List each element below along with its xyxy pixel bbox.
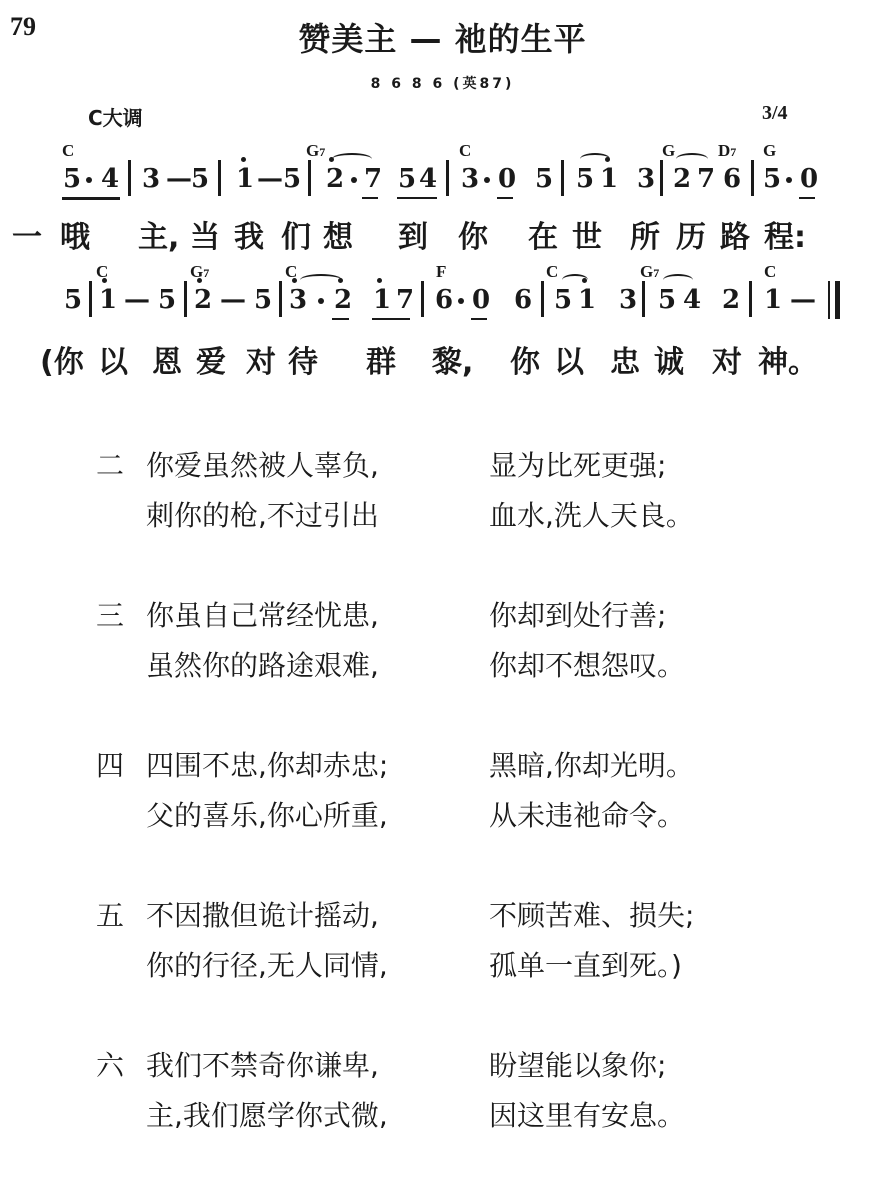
bar-line xyxy=(749,281,752,317)
verse-line: 盼望能以象你; xyxy=(489,1044,666,1084)
bar-line xyxy=(541,281,544,317)
verse-number: 五 xyxy=(96,894,124,934)
lyric-syllable: 以 xyxy=(98,337,128,381)
note-digit: 7 xyxy=(396,287,414,313)
chord-symbol: C xyxy=(62,141,74,161)
bar-line xyxy=(561,160,564,196)
note-digit: 5 xyxy=(658,287,676,313)
eighth-underline xyxy=(362,197,378,199)
verse-line: 四围不忠,你却赤忠; xyxy=(146,744,388,784)
tie-slur xyxy=(663,274,693,286)
verse-line: 你虽自己常经忧患, xyxy=(146,594,379,634)
note-digit: 1 xyxy=(373,287,391,313)
lyric-syllable: 主, xyxy=(138,212,179,256)
bar-line xyxy=(660,160,663,196)
verse-number: 六 xyxy=(96,1044,124,1084)
bar-line xyxy=(184,281,187,317)
verse-number: 二 xyxy=(96,444,124,484)
final-bar-thin xyxy=(828,281,830,319)
note-digit: 7 xyxy=(697,166,715,192)
note-digit: 5 xyxy=(535,166,553,192)
tie-slur xyxy=(580,153,610,165)
note-digit: 4 xyxy=(683,287,701,313)
note-digit: 1 xyxy=(578,287,596,313)
note-digit: 5 xyxy=(63,166,81,192)
augmentation-dot xyxy=(318,298,324,304)
note-digit: 2 xyxy=(722,287,740,313)
note-digit: 2 xyxy=(194,287,212,313)
bar-line xyxy=(89,281,92,317)
note-digit: 0 xyxy=(800,166,818,192)
note-digit: 3 xyxy=(461,166,479,192)
verse-line: 孤单一直到死。) xyxy=(489,944,682,984)
lyric-syllable: 们 xyxy=(281,212,311,256)
chord-symbol: G7 xyxy=(306,141,325,161)
note-digit: 3 xyxy=(142,166,160,192)
verse-line: 我们不禁奇你谦卑, xyxy=(146,1044,379,1084)
chord-symbol: D7 xyxy=(718,141,736,161)
verse-line: 你的行径,无人同情, xyxy=(146,944,388,984)
augmentation-dot xyxy=(458,298,464,304)
octave-high-dot xyxy=(377,278,382,283)
note-digit: 5 xyxy=(64,287,82,313)
chord-symbol: G7 xyxy=(640,262,659,282)
note-digit: 4 xyxy=(419,166,437,192)
chord-symbol: C xyxy=(764,262,776,282)
dash-sustain: — xyxy=(257,166,283,192)
note-digit: 6 xyxy=(514,287,532,313)
tie-slur xyxy=(300,274,342,286)
bar-line xyxy=(128,160,131,196)
bar-line xyxy=(421,281,424,317)
note-digit: 1 xyxy=(236,166,254,192)
note-digit: 2 xyxy=(673,166,691,192)
lyric-syllable: 爱 xyxy=(196,337,226,381)
verse-line: 不因撒但诡计摇动, xyxy=(146,894,379,934)
bar-line xyxy=(446,160,449,196)
dash-sustain: — xyxy=(124,287,150,313)
note-digit: 3 xyxy=(289,287,307,313)
note-digit: 6 xyxy=(723,166,741,192)
verse-line: 因这里有安息。 xyxy=(489,1094,685,1134)
eighth-underline xyxy=(62,197,120,200)
lyric-syllable: 程: xyxy=(764,212,806,256)
verse-line: 你却不想怨叹。 xyxy=(489,644,685,684)
time-signature: 3/4 xyxy=(762,102,788,125)
lyric-syllable: (你 xyxy=(40,337,84,381)
verse-number: 三 xyxy=(96,594,124,634)
lyric-syllable: 当 xyxy=(190,212,220,256)
eighth-underline xyxy=(372,318,410,320)
lyric-syllable: 你 xyxy=(510,337,540,381)
lyric-syllable: 以 xyxy=(554,337,584,381)
eighth-underline xyxy=(332,318,349,320)
tie-slur xyxy=(562,274,588,286)
bar-line xyxy=(642,281,645,317)
note-digit: 2 xyxy=(334,287,352,313)
lyric-syllable: 在 xyxy=(528,212,558,256)
octave-high-dot xyxy=(197,278,202,283)
note-digit: 5 xyxy=(398,166,416,192)
lyric-syllable: 对 xyxy=(246,337,276,381)
lyric-syllable: 对 xyxy=(712,337,742,381)
verse-line: 黑暗,你却光明。 xyxy=(489,744,694,784)
verse-line: 血水,洗人天良。 xyxy=(489,494,694,534)
augmentation-dot xyxy=(484,177,490,183)
lyric-syllable: 路 xyxy=(720,212,750,256)
eighth-underline xyxy=(471,318,487,320)
chord-symbol: G xyxy=(763,141,776,161)
verse-line: 刺你的枪,不过引出 xyxy=(146,494,379,534)
lyric-syllable: 待 xyxy=(288,337,318,381)
chord-symbol: G xyxy=(662,141,675,161)
note-digit: 3 xyxy=(637,166,655,192)
note-digit: 0 xyxy=(498,166,516,192)
augmentation-dot xyxy=(351,177,357,183)
verse-line: 父的喜乐,你心所重, xyxy=(146,794,388,834)
verse-line: 不顾苦难、损失; xyxy=(489,894,694,934)
note-digit: 1 xyxy=(99,287,117,313)
note-digit: 6 xyxy=(435,287,453,313)
verse-number: 四 xyxy=(96,744,124,784)
octave-high-dot xyxy=(292,278,297,283)
note-digit: 7 xyxy=(364,166,382,192)
note-digit: 5 xyxy=(158,287,176,313)
note-digit: 5 xyxy=(254,287,272,313)
lyric-syllable: 到 xyxy=(398,212,428,256)
tie-slur xyxy=(332,153,372,165)
note-digit: 2 xyxy=(326,166,344,192)
eighth-underline xyxy=(497,197,513,199)
octave-high-dot xyxy=(241,157,246,162)
chord-symbol: C xyxy=(546,262,558,282)
verse-line: 主,我们愿学你式微, xyxy=(146,1094,388,1134)
eighth-underline xyxy=(397,197,437,199)
lyric-syllable: 想 xyxy=(323,212,353,256)
bar-line xyxy=(218,160,221,196)
augmentation-dot xyxy=(86,177,92,183)
note-digit: 5 xyxy=(576,166,594,192)
note-digit: 3 xyxy=(619,287,637,313)
note-digit: 5 xyxy=(554,287,572,313)
verse-line: 你却到处行善; xyxy=(489,594,666,634)
note-digit: 1 xyxy=(764,287,782,313)
note-digit: 0 xyxy=(472,287,490,313)
note-digit: 5 xyxy=(763,166,781,192)
dash-sustain: — xyxy=(166,166,192,192)
lyric-syllable: 历 xyxy=(676,212,706,256)
verse-line: 显为比死更强; xyxy=(489,444,666,484)
chord-symbol: F xyxy=(436,262,446,282)
bar-line xyxy=(751,160,754,196)
lyric-syllable: 神。 xyxy=(758,337,818,381)
lyric-syllable: 一 xyxy=(12,212,42,256)
note-digit: 5 xyxy=(191,166,209,192)
lyric-syllable: 忠 xyxy=(610,337,640,381)
verse-line: 从未违祂命令。 xyxy=(489,794,685,834)
hymn-title: 赞美主 — 祂的生平 xyxy=(0,14,885,60)
lyric-syllable: 世 xyxy=(572,212,602,256)
verse-line: 虽然你的路途艰难, xyxy=(146,644,379,684)
eighth-underline xyxy=(799,197,815,199)
verse-line: 你爱虽然被人辜负, xyxy=(146,444,379,484)
lyric-syllable: 群 xyxy=(366,337,396,381)
lyric-syllable: 我 xyxy=(234,212,264,256)
tie-slur xyxy=(676,153,708,165)
lyric-syllable: 黎, xyxy=(432,337,473,381)
augmentation-dot xyxy=(786,177,792,183)
dash-sustain: — xyxy=(790,287,816,313)
note-digit: 4 xyxy=(101,166,119,192)
lyric-syllable: 恩 xyxy=(152,337,182,381)
final-bar-thick xyxy=(835,281,840,319)
bar-line xyxy=(308,160,311,196)
lyric-syllable: 所 xyxy=(630,212,660,256)
note-digit: 1 xyxy=(600,166,618,192)
bar-line xyxy=(279,281,282,317)
octave-high-dot xyxy=(102,278,107,283)
note-digit: 5 xyxy=(283,166,301,192)
lyric-syllable: 哦 xyxy=(60,212,90,256)
chord-symbol: C xyxy=(459,141,471,161)
lyric-syllable: 你 xyxy=(458,212,488,256)
key-signature: C大调 xyxy=(88,102,143,131)
meter-label: 8 6 8 6 (英87) xyxy=(0,73,885,93)
dash-sustain: — xyxy=(220,287,246,313)
lyric-syllable: 诚 xyxy=(654,337,684,381)
